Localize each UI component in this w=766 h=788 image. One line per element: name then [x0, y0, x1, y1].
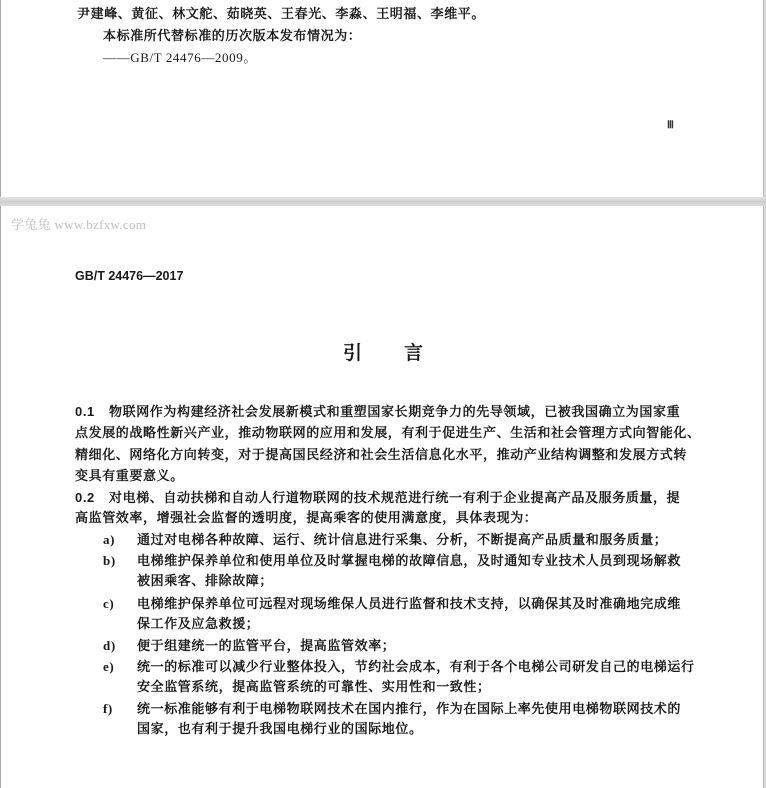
- list-label: e): [103, 659, 137, 675]
- section-number: 0.2: [75, 490, 109, 506]
- replaced-version-entry: ——GB/T 24476—2009。: [103, 50, 257, 66]
- replaced-versions-label: 本标准所代替标准的历次版本发布情况为：: [103, 29, 361, 45]
- list-item-d: d)便于组建统一的监管平台，提高监管效率；: [103, 638, 395, 655]
- drafters-line: 尹建峰、黄征、林文舵、茹晓英、王春光、李淼、王明福、李维平。: [77, 7, 485, 23]
- list-item-a: a)通过对电梯各种故障、运行、统计信息进行采集、分析，不断提高产品质量和服务质量…: [103, 532, 667, 549]
- list-item-f: f)统一标准能够有利于电梯物联网技术在国内推行，作为在国际上率先使用电梯物联网技…: [103, 701, 681, 718]
- list-item-c-cont: 保工作及应急救援；: [137, 617, 259, 633]
- section-number: 0.1: [75, 404, 109, 420]
- document-page-previous: 尹建峰、黄征、林文舵、茹晓英、王春光、李淼、王明福、李维平。 本标准所代替标准的…: [0, 0, 764, 197]
- section-0-1-line-1: 0.1物联网作为构建经济社会发展新模式和重塑国家长期竞争力的先导领域，已被我国确…: [75, 404, 680, 421]
- list-item-c: c)电梯维护保养单位可远程对现场维保人员进行监督和技术支持，以确保其及时准确地完…: [103, 596, 681, 613]
- list-label: f): [103, 701, 137, 717]
- list-item-b-cont: 被困乘客、排除故障；: [137, 574, 273, 590]
- list-item-f-cont: 国家，也有利于提升我国电梯行业的国际地位。: [137, 722, 423, 738]
- page-number: Ⅲ: [667, 120, 674, 131]
- section-0-2-line-1: 0.2对电梯、自动扶梯和自动人行道物联网的技术规范进行统一有利于企业提高产品及服…: [75, 490, 680, 507]
- document-page-current: 学兔兔 www.bzfxw.com GB/T 24476—2017 引言 0.1…: [0, 206, 764, 788]
- list-label: c): [103, 596, 137, 612]
- watermark: 学兔兔 www.bzfxw.com: [11, 214, 146, 233]
- standard-code-header: GB/T 24476—2017: [75, 269, 183, 283]
- list-item-e: e)统一的标准可以减少行业整体投入，节约社会成本，有利于各个电梯公司研发自己的电…: [103, 659, 695, 676]
- list-item-e-cont: 安全监管系统，提高监管系统的可靠性、实用性和一致性；: [137, 680, 491, 696]
- section-0-2-line-2: 高监管效率，增强社会监督的透明度，提高乘客的使用满意度，具体表现为：: [75, 511, 537, 527]
- list-item-b: b)电梯维护保养单位和使用单位及时掌握电梯的故障信息，及时通知专业技术人员到现场…: [103, 553, 681, 570]
- page-separator: [0, 197, 766, 206]
- section-0-1-line-3: 精细化、网络化方向转变，对于提高国民经济和社会生活信息化水平，推动产业结构调整和…: [75, 448, 687, 464]
- section-0-1-line-4: 变具有重要意义。: [75, 469, 184, 485]
- list-label: a): [103, 532, 137, 548]
- list-label: d): [103, 638, 137, 654]
- section-0-1-line-2: 点发展的战略性新兴产业，推动物联网的应用和发展，有利于促进生产、生活和社会管理方…: [75, 426, 701, 442]
- page-heading: 引言: [1, 338, 765, 365]
- list-label: b): [103, 553, 137, 569]
